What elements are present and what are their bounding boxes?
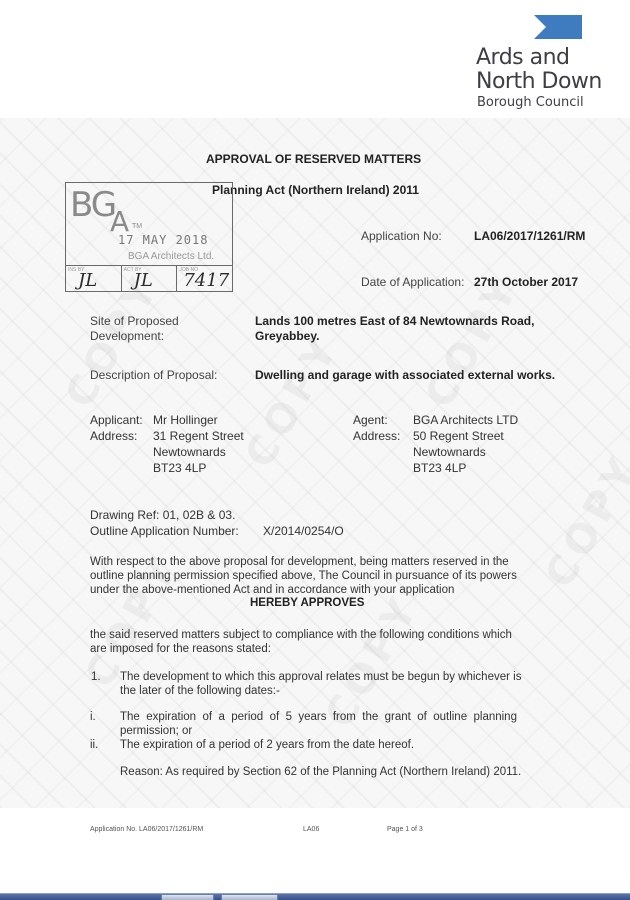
applicant-address-line: Newtownards — [153, 445, 226, 459]
stamp-cell-value: JL — [134, 270, 153, 291]
body-line: the said reserved matters subject to com… — [90, 629, 512, 641]
body-line: under the above-mentioned Act and in acc… — [90, 584, 454, 596]
site-label-line2: Development: — [90, 329, 164, 343]
body-line: are imposed for the reasons stated: — [90, 643, 271, 655]
date-of-application-value: 27th October 2017 — [474, 275, 578, 289]
logo-text-line3: Borough Council — [477, 95, 584, 110]
sub-condition-line: permission; or — [120, 725, 192, 737]
condition-line: the later of the following dates:- — [120, 685, 280, 697]
stamp-cell-value: 7417 — [183, 270, 229, 291]
document-subtitle: Planning Act (Northern Ireland) 2011 — [212, 183, 419, 197]
sub-condition-number: ii. — [90, 739, 98, 751]
body-line: outline planning permission specified ab… — [90, 570, 517, 582]
sub-condition-line: The expiration of a period of 2 years fr… — [120, 739, 414, 751]
logo-text-line2: North Down — [476, 69, 602, 94]
logo-text-line1: Ards and — [476, 45, 570, 70]
agent-address-label: Address: — [353, 429, 400, 443]
stamp-row: INS BY JL ACT BY JL JOB NO 7417 — [66, 265, 232, 292]
applicant-name: Mr Hollinger — [153, 413, 218, 427]
body-line: With respect to the above proposal for d… — [90, 556, 509, 568]
condition-number: 1. — [91, 671, 101, 683]
applicant-address-label: Address: — [90, 429, 137, 443]
footer-code: LA06 — [303, 826, 319, 833]
sub-condition-line: The expiration of a period of 5 years fr… — [120, 711, 517, 723]
taskbar-button[interactable] — [161, 894, 214, 900]
footer-application-no: Application No. LA06/2017/1261/RM — [90, 826, 203, 833]
sub-condition-number: i. — [90, 711, 96, 723]
footer-page: Page 1 of 3 — [387, 826, 423, 833]
stamp-cell-job-no: JOB NO 7417 — [177, 266, 232, 292]
date-of-application-label: Date of Application: — [361, 275, 464, 289]
applicant-label: Applicant: — [90, 413, 143, 427]
site-label-line1: Site of Proposed — [90, 314, 179, 328]
stamp-cell-value: JL — [78, 270, 97, 291]
stamp-date: 17 MAY 2018 — [118, 233, 208, 247]
drawing-ref: Drawing Ref: 01, 02B & 03. — [90, 508, 235, 522]
document-title: APPROVAL OF RESERVED MATTERS — [206, 152, 421, 166]
description-label: Description of Proposal: — [90, 368, 217, 382]
agent-address-line: Newtownards — [413, 445, 486, 459]
application-no-label: Application No: — [361, 229, 442, 243]
agent-name: BGA Architects LTD — [413, 413, 518, 427]
site-value-line2: Greyabbey. — [255, 329, 319, 343]
applicant-address-line: 31 Regent Street — [153, 429, 244, 443]
description-value: Dwelling and garage with associated exte… — [255, 368, 555, 382]
application-no-value: LA06/2017/1261/RM — [474, 229, 585, 243]
agent-address-line: BT23 4LP — [413, 461, 466, 475]
document-page: COPY COPY COPY COPY COPY COPY Ards and N… — [0, 0, 630, 882]
taskbar — [0, 893, 630, 900]
received-stamp: BG A TM 17 MAY 2018 BGA Architects Ltd. … — [65, 182, 233, 292]
reason-text: Reason: As required by Section 62 of the… — [120, 766, 521, 778]
stamp-cell-act-by: ACT BY JL — [122, 266, 178, 292]
hereby-approves: HEREBY APPROVES — [250, 597, 364, 609]
stamp-logo: BG — [70, 185, 115, 225]
outline-application-value: X/2014/0254/O — [263, 524, 344, 538]
condition-line: The development to which this approval r… — [120, 671, 521, 683]
taskbar-button[interactable] — [221, 894, 278, 900]
stamp-firm: BGA Architects Ltd. — [128, 251, 214, 262]
flag-icon — [534, 15, 582, 39]
agent-label: Agent: — [353, 413, 388, 427]
stamp-cell-ins-by: INS BY JL — [66, 266, 122, 292]
stamp-tm: TM — [132, 223, 142, 230]
applicant-address-line: BT23 4LP — [153, 461, 206, 475]
site-value-line1: Lands 100 metres East of 84 Newtownards … — [255, 314, 534, 328]
agent-address-line: 50 Regent Street — [413, 429, 504, 443]
outline-application-label: Outline Application Number: — [90, 524, 239, 538]
